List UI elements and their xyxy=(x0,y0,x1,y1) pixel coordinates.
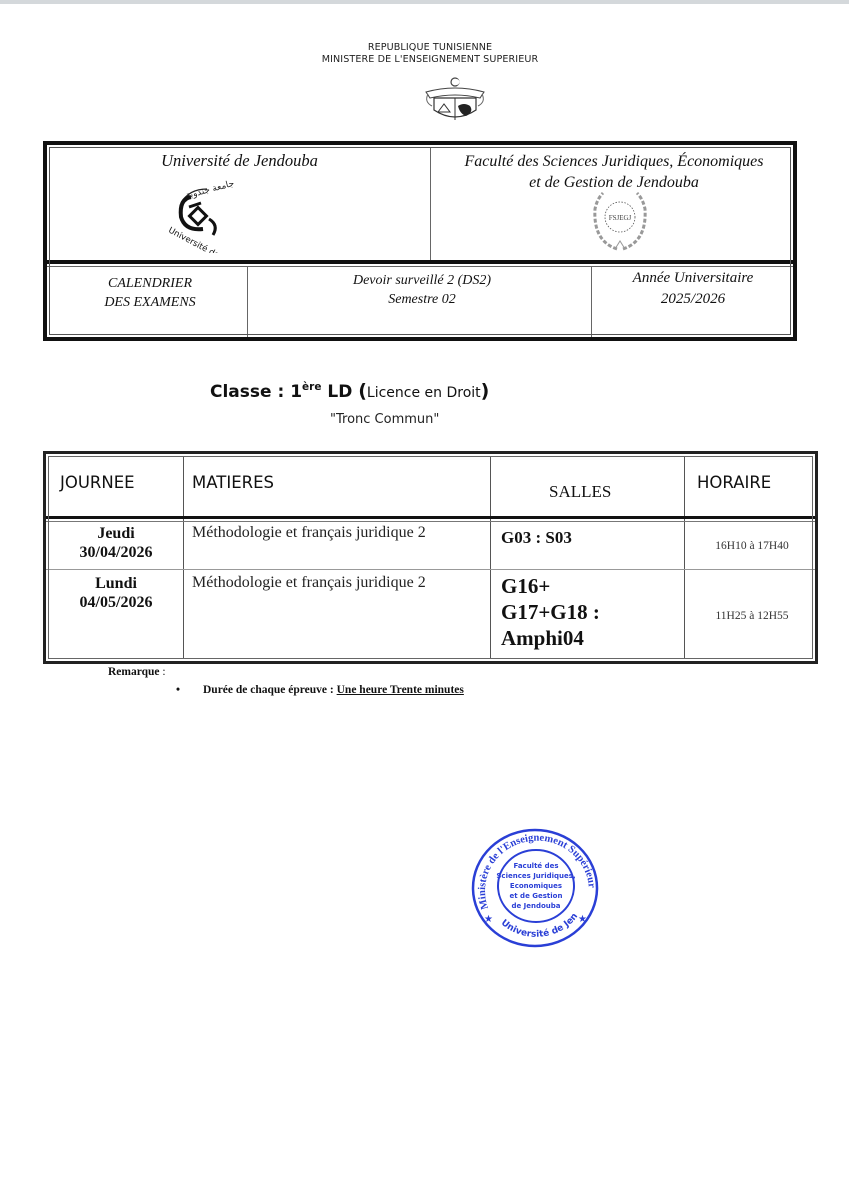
exam-type: Devoir surveillé 2 (DS2) xyxy=(251,271,593,290)
semester: Semestre 02 xyxy=(251,290,593,309)
open-paren: ( xyxy=(358,380,367,402)
exam-date: 30/04/2026 xyxy=(49,543,183,562)
official-stamp-icon: Ministère de l'Enseignement Supérieur Un… xyxy=(470,826,600,950)
tunisia-coat-of-arms-icon xyxy=(420,76,490,124)
class-program-full: Licence en Droit xyxy=(367,385,481,401)
academic-year-value: 2025/2026 xyxy=(595,289,791,310)
table-row-day: Lundi 04/05/2026 xyxy=(49,574,183,612)
row-separator xyxy=(46,569,815,570)
svg-text:Faculté des: Faculté des xyxy=(513,862,558,870)
exam-day: Lundi xyxy=(49,574,183,593)
exam-session: Devoir surveillé 2 (DS2) Semestre 02 xyxy=(251,271,593,309)
exam-room: G03 : S03 xyxy=(501,528,572,548)
faculty-name-line1: Faculté des Sciences Juridiques, Économi… xyxy=(434,151,794,172)
remark-label: Durée de chaque épreuve : xyxy=(203,684,337,696)
svg-text:Université de Jendouba: Université de Jendouba xyxy=(166,225,243,253)
exam-date: 04/05/2026 xyxy=(49,593,183,612)
column-divider xyxy=(684,457,685,658)
ministry-header: REPUBLIQUE TUNISIENNE MINISTERE DE L'ENS… xyxy=(300,42,560,66)
faculty-name: Faculté des Sciences Juridiques, Économi… xyxy=(434,151,794,193)
class-program: LD xyxy=(321,382,358,402)
svg-text:Sciences Juridiques,: Sciences Juridiques, xyxy=(496,872,575,880)
header-row-separator xyxy=(46,516,815,522)
class-prefix: Classe : xyxy=(210,382,290,402)
table-row-day: Jeudi 30/04/2026 xyxy=(49,524,183,562)
institution-header-table: Université de Jendouba جامعة جندوبة Univ… xyxy=(43,141,797,341)
column-header-journee: JOURNEE xyxy=(60,473,135,492)
exam-time: 11H25 à 12H55 xyxy=(687,610,817,622)
calendar-title-line1: CALENDRIER xyxy=(51,274,249,293)
academic-year: Année Universitaire 2025/2026 xyxy=(595,268,791,310)
svg-text:FSJEGJ: FSJEGJ xyxy=(609,214,632,222)
class-level-suffix: ère xyxy=(302,381,321,393)
calendar-title: CALENDRIER DES EXAMENS xyxy=(51,274,249,312)
exam-subject: Méthodologie et français juridique 2 xyxy=(192,524,426,542)
svg-text:★: ★ xyxy=(484,914,493,925)
svg-text:et de Gestion: et de Gestion xyxy=(510,892,563,900)
exam-room-line: G17+G18 : xyxy=(501,599,600,625)
remarks-title: Remarque : xyxy=(108,666,166,678)
remarks-label: Remarque xyxy=(108,666,160,678)
ministry-line: MINISTERE DE L'ENSEIGNEMENT SUPERIEUR xyxy=(300,54,560,66)
class-level: 1 xyxy=(290,382,302,402)
exam-time: 16H10 à 17H40 xyxy=(687,540,817,552)
column-header-salles: SALLES xyxy=(549,482,611,502)
remarks-colon: : xyxy=(160,666,166,678)
republic-line: REPUBLIQUE TUNISIENNE xyxy=(300,42,560,54)
fsjegj-laurel-logo-icon: FSJEGJ xyxy=(587,189,653,253)
exam-rooms: G16+ G17+G18 : Amphi04 xyxy=(501,573,600,651)
svg-text:★: ★ xyxy=(578,914,587,925)
remark-value: Une heure Trente minutes xyxy=(337,684,464,696)
column-header-matieres: MATIERES xyxy=(192,473,274,492)
exam-subject: Méthodologie et français juridique 2 xyxy=(192,574,426,592)
academic-year-label: Année Universitaire xyxy=(595,268,791,289)
close-paren: ) xyxy=(481,380,490,402)
university-name: Université de Jendouba xyxy=(47,151,432,171)
column-header-horaire: HORAIRE xyxy=(697,473,771,492)
calendar-title-line2: DES EXAMENS xyxy=(51,293,249,312)
exam-schedule-table: JOURNEE MATIERES SALLES HORAIRE Jeudi 30… xyxy=(43,451,818,664)
scan-top-edge xyxy=(0,0,849,4)
remark-item: •Durée de chaque épreuve : Une heure Tre… xyxy=(176,684,464,696)
class-title: Classe : 1ère LD (Licence en Droit) xyxy=(210,380,489,402)
column-divider xyxy=(183,457,184,658)
column-divider xyxy=(490,457,491,658)
exam-day: Jeudi xyxy=(49,524,183,543)
bullet-icon: • xyxy=(176,684,203,696)
exam-room-line: G16+ xyxy=(501,573,600,599)
svg-text:جامعة جندوبة: جامعة جندوبة xyxy=(185,179,236,202)
exam-room-line: Amphi04 xyxy=(501,625,600,651)
svg-text:Economiques: Economiques xyxy=(510,882,562,890)
header-row-separator xyxy=(47,260,793,267)
university-jendouba-logo-icon: جامعة جندوبة Université de Jendouba xyxy=(159,177,243,253)
svg-text:de Jendouba: de Jendouba xyxy=(511,902,560,910)
class-track: "Tronc Commun" xyxy=(330,412,439,427)
